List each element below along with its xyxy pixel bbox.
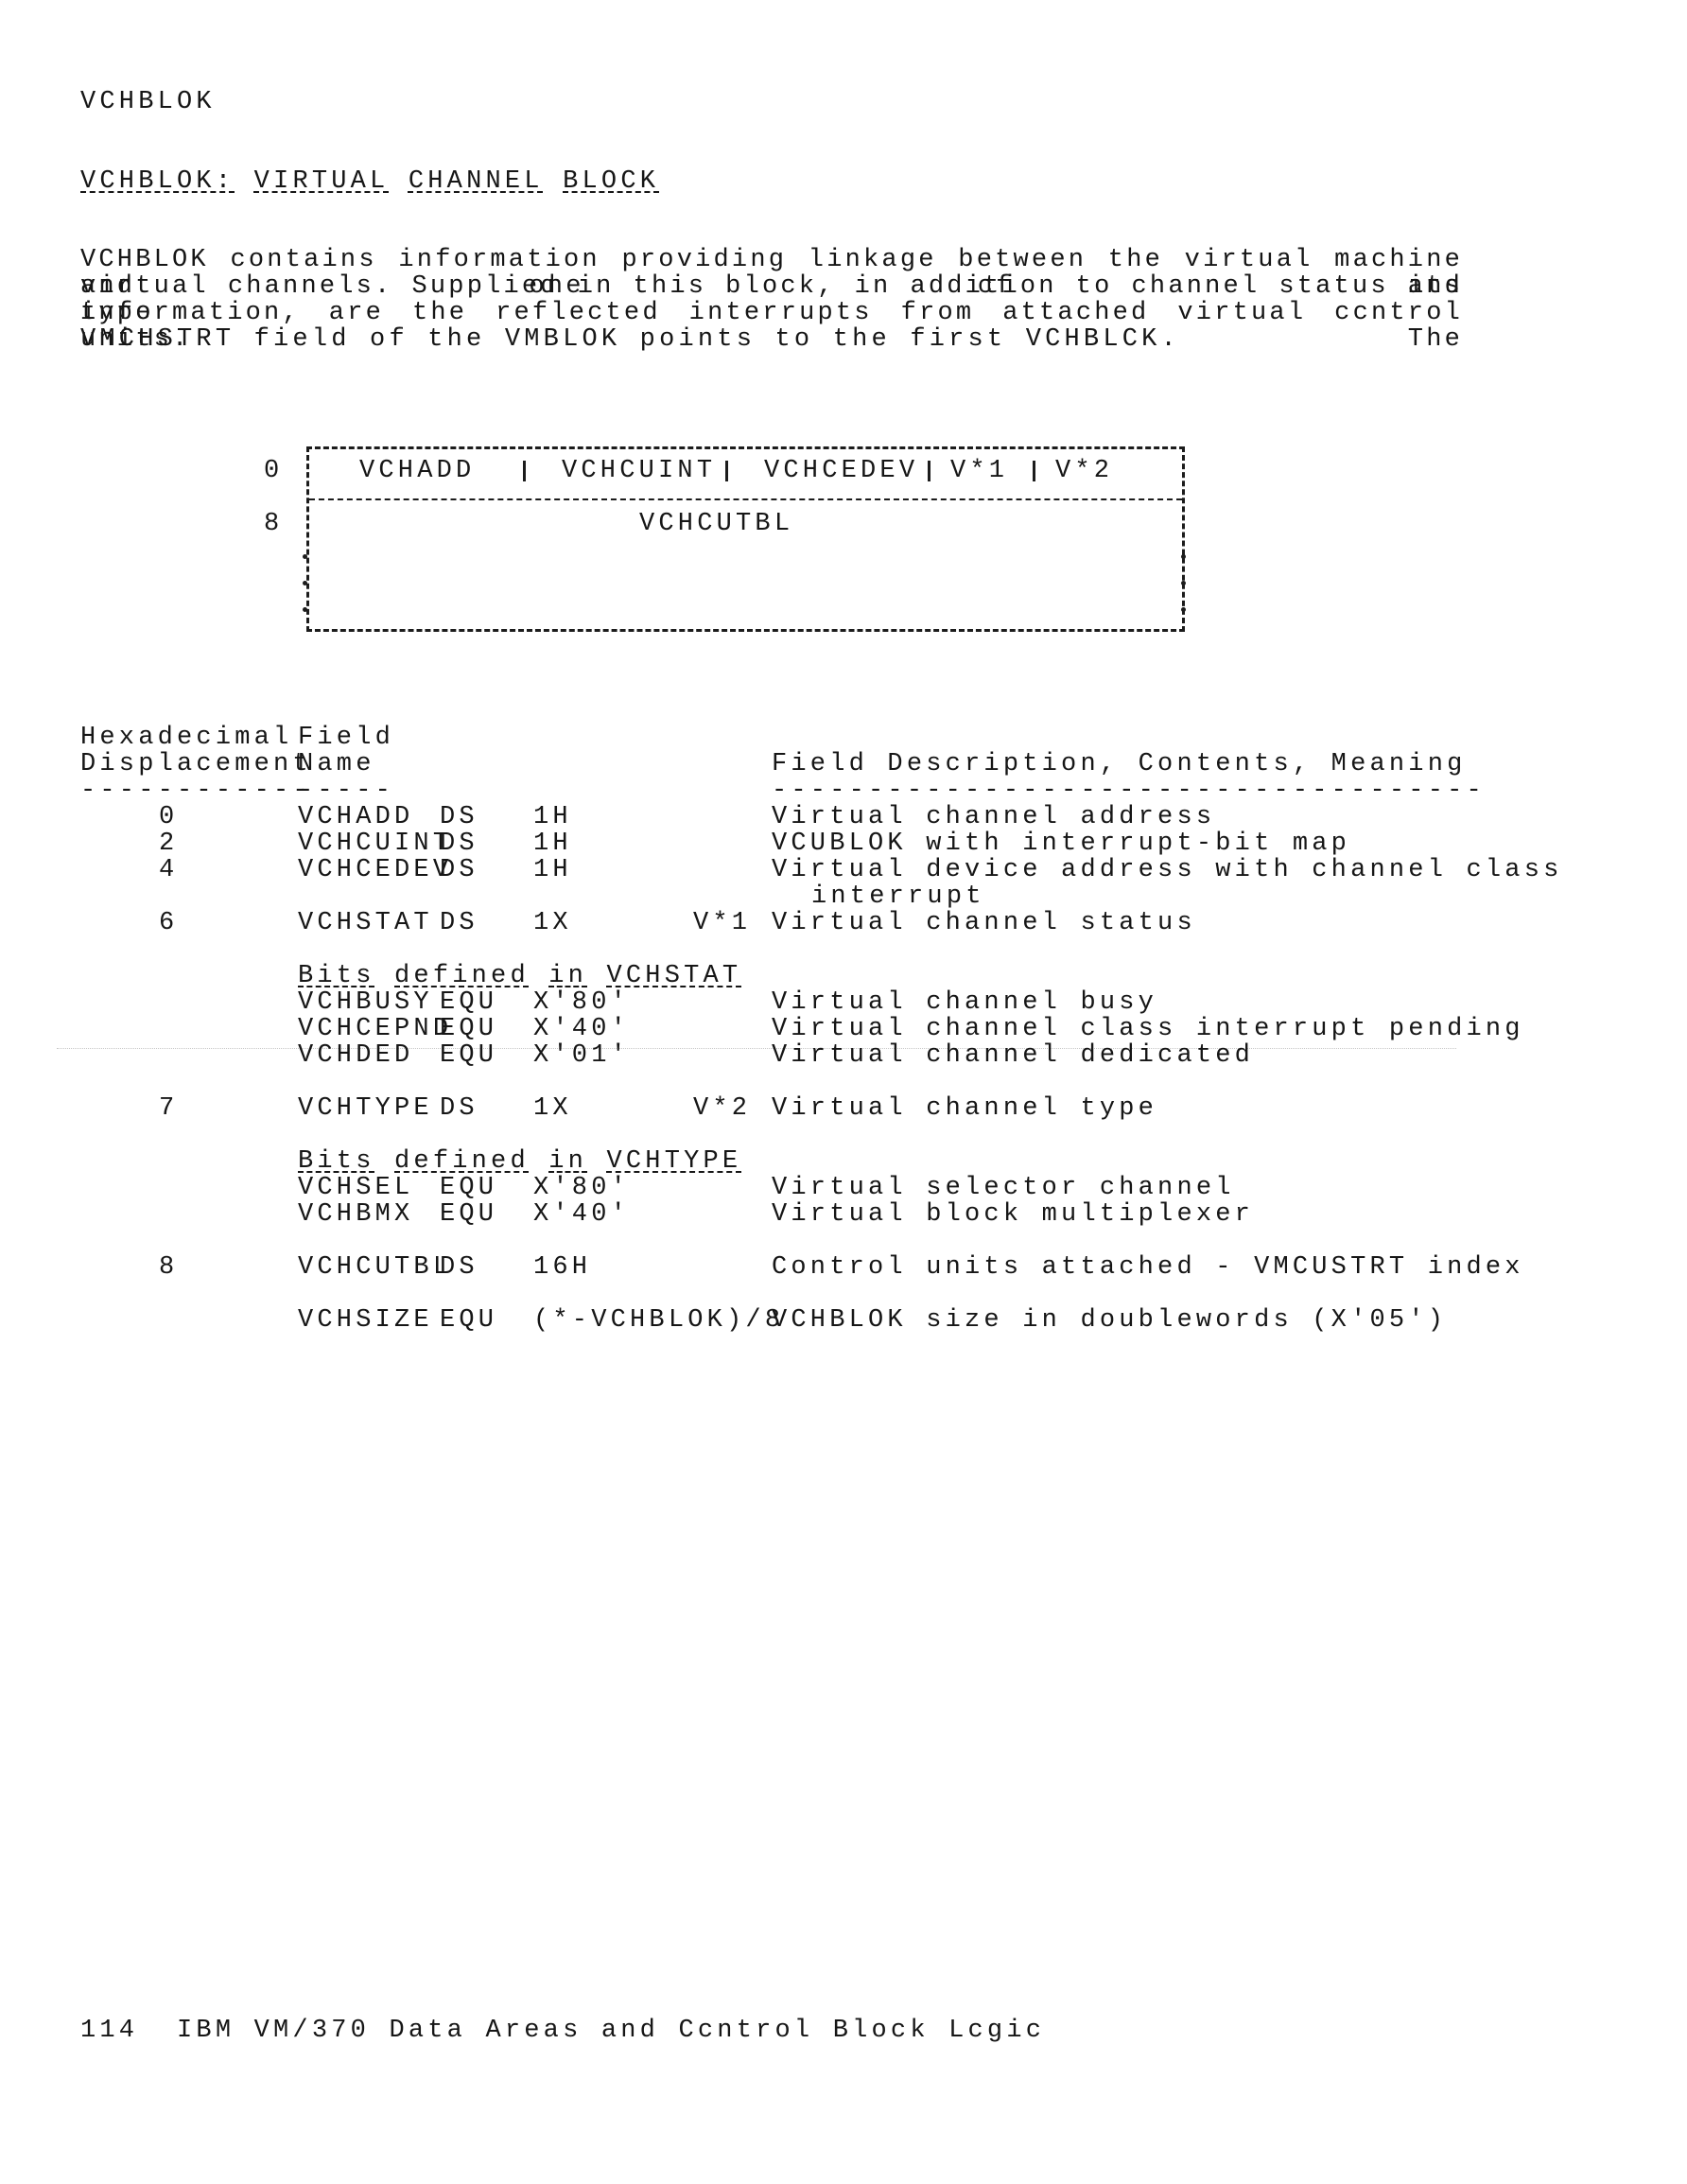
diagram-field-vchcutbl: VCHCUTBL xyxy=(639,511,793,537)
diagram-separator xyxy=(523,461,526,481)
row-displacement: 2 xyxy=(159,830,178,857)
header-description: Field Description, Contents, Meaning xyxy=(772,751,1467,778)
diagram-field-vchcedev: VCHCEDEV xyxy=(764,458,918,484)
bit-value: X'40' xyxy=(533,1201,630,1228)
row-value: (*-VCHBLOK)/8 xyxy=(533,1307,784,1334)
row-field-name: VCHSTAT xyxy=(298,910,433,936)
continuation-dot xyxy=(1181,554,1186,559)
bit-description: Virtual channel dedicated xyxy=(772,1042,1254,1069)
row-field-name: VCHTYPE xyxy=(298,1095,433,1122)
diagram-separator xyxy=(928,461,930,481)
intro-line: information, are the reflected interrupt… xyxy=(80,300,1463,326)
row-op: DS xyxy=(440,910,478,936)
diagram-field-v1: V*1 xyxy=(950,458,1008,484)
bit-name: VCHBMX xyxy=(298,1201,413,1228)
diagram-row-divider xyxy=(309,498,1182,500)
row-displacement: 4 xyxy=(159,857,178,883)
page-title: VCHBLOK: VIRTUAL CHANNEL BLOCK xyxy=(80,168,659,195)
row-value: 1H xyxy=(533,830,572,857)
bit-description: Virtual channel busy xyxy=(772,989,1157,1016)
heading-word: Bits xyxy=(298,962,375,990)
row-field-name: VCHCUTBL xyxy=(298,1254,452,1281)
diagram-field-v2: V*2 xyxy=(1055,458,1113,484)
bit-op: EQU xyxy=(440,1201,497,1228)
intro-line: VMCHSTRT field of the VMBLOK points to t… xyxy=(80,326,1180,353)
heading-word: defined xyxy=(394,1147,530,1176)
heading-word: Bits xyxy=(298,1147,375,1176)
row-field-name: VCHCUINT xyxy=(298,830,452,857)
row-description: VCUBLOK with interrupt-bit map xyxy=(772,830,1350,857)
diagram-separator xyxy=(725,461,728,481)
row-op: DS xyxy=(440,804,478,830)
title-word: BLOCK xyxy=(563,167,659,196)
bit-name: VCHBUSY xyxy=(298,989,433,1016)
row-description: Virtual channel type xyxy=(772,1095,1157,1122)
row-field-name: VCHCEDEV xyxy=(298,857,452,883)
row-field-name: VCHSIZE xyxy=(298,1307,433,1334)
bit-value: X'40' xyxy=(533,1016,630,1042)
intro-line: virtual channels. Supplied in this block… xyxy=(80,273,1463,300)
title-word: VIRTUAL xyxy=(254,167,390,196)
bit-op: EQU xyxy=(440,1175,497,1201)
heading-word: defined xyxy=(394,962,530,990)
row-op: DS xyxy=(440,830,478,857)
bit-value: X'80' xyxy=(533,1175,630,1201)
row-op: DS xyxy=(440,1095,478,1122)
continuation-dot xyxy=(1181,607,1186,612)
row-description: Virtual device address with channel clas… xyxy=(772,857,1563,883)
row-displacement: 8 xyxy=(159,1254,178,1281)
row-description: Virtual channel status xyxy=(772,910,1196,936)
row-value: 1H xyxy=(533,804,572,830)
row-description: VCHBLOK size in doublewords (X'05') xyxy=(772,1307,1447,1334)
continuation-dot xyxy=(1181,581,1186,585)
diagram-offset-label: 0 xyxy=(264,458,283,484)
bit-name: VCHSEL xyxy=(298,1175,413,1201)
header-displacement-line1: Hexadecimal xyxy=(80,725,292,751)
bit-op: EQU xyxy=(440,1042,497,1069)
diagram-field-vchcuint: VCHCUINT xyxy=(562,458,716,484)
row-value: 1H xyxy=(533,857,572,883)
header-rule: ------------------------------------- xyxy=(772,778,1486,804)
continuation-dot xyxy=(303,607,307,612)
row-displacement: 6 xyxy=(159,910,178,936)
bit-group-heading: Bits defined in VCHTYPE xyxy=(298,1148,741,1175)
bit-description: Virtual channel class interrupt pending xyxy=(772,1016,1524,1042)
bit-group-heading: Bits defined in VCHSTAT xyxy=(298,963,741,989)
bit-description: Virtual block multiplexer xyxy=(772,1201,1254,1228)
title-block-name: VCHBLOK: xyxy=(80,167,235,196)
title-word: CHANNEL xyxy=(409,167,544,196)
row-op: DS xyxy=(440,857,478,883)
bit-description: Virtual selector channel xyxy=(772,1175,1235,1201)
running-header: VCHBLOK xyxy=(80,89,216,115)
row-description-continuation: interrupt xyxy=(811,883,985,910)
bit-op: EQU xyxy=(440,1016,497,1042)
row-value: 1X xyxy=(533,910,572,936)
row-description: Virtual channel address xyxy=(772,804,1215,830)
row-op: DS xyxy=(440,1254,478,1281)
row-displacement: 0 xyxy=(159,804,178,830)
continuation-dot xyxy=(303,581,307,585)
row-diagram-ref: V*2 xyxy=(693,1095,751,1122)
bit-value: X'01' xyxy=(533,1042,630,1069)
diagram-field-vchadd: VCHADD xyxy=(359,458,475,484)
page-footer: 114 IBM VM/370 Data Areas and Ccntrol Bl… xyxy=(80,2018,1045,2044)
header-rule: ----- xyxy=(298,778,394,804)
row-diagram-ref: V*1 xyxy=(693,910,751,936)
diagram-offset-label: 8 xyxy=(264,511,283,537)
header-name-line2: Name xyxy=(298,751,375,778)
diagram-separator xyxy=(1033,461,1035,481)
bit-op: EQU xyxy=(440,989,497,1016)
row-displacement: 7 xyxy=(159,1095,178,1122)
bit-value: X'80' xyxy=(533,989,630,1016)
continuation-dot xyxy=(303,554,307,559)
intro-line: VCHBLOK contains information providing l… xyxy=(80,247,1463,273)
header-name-line1: Field xyxy=(298,725,394,751)
header-displacement-line2: Displacement xyxy=(80,751,312,778)
heading-word: VCHTYPE xyxy=(606,1147,741,1176)
heading-word: in xyxy=(548,1147,587,1176)
row-field-name: VCHADD xyxy=(298,804,413,830)
row-value: 1X xyxy=(533,1095,572,1122)
row-value: 16H xyxy=(533,1254,591,1281)
heading-word: in xyxy=(548,962,587,990)
bit-name: VCHCEPND xyxy=(298,1016,452,1042)
row-op: EQU xyxy=(440,1307,497,1334)
heading-word: VCHSTAT xyxy=(606,962,741,990)
header-rule: ------------ xyxy=(80,778,312,804)
bit-name: VCHDED xyxy=(298,1042,413,1069)
row-description: Control units attached - VMCUSTRT index xyxy=(772,1254,1524,1281)
